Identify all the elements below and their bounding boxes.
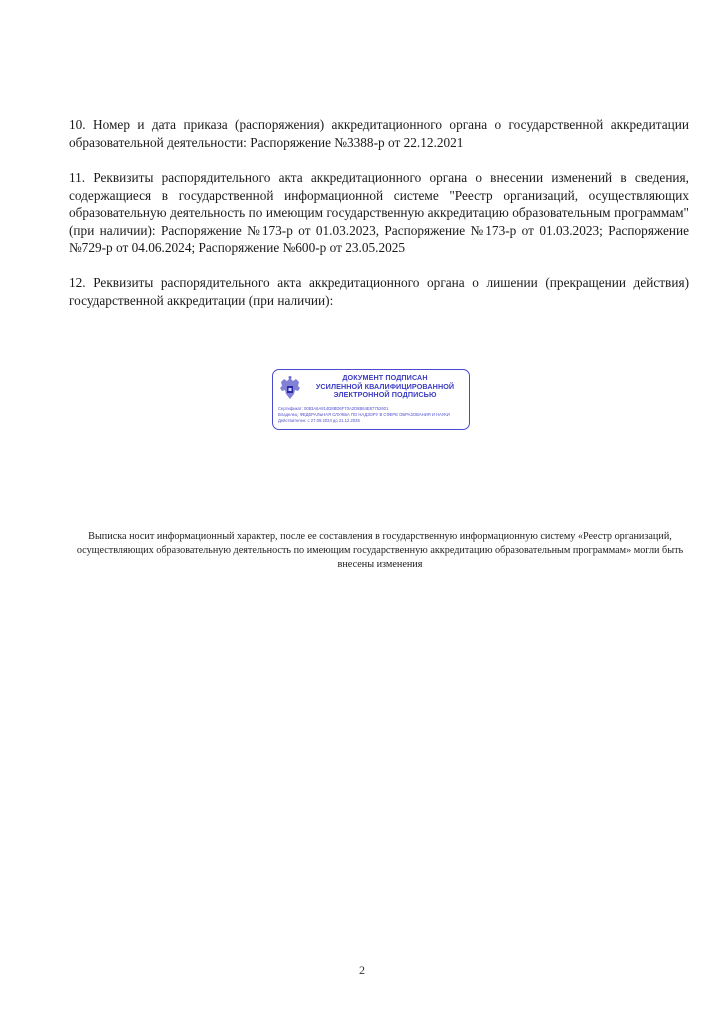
electronic-signature-stamp: ДОКУМЕНТ ПОДПИСАН УСИЛЕННОЙ КВАЛИФИЦИРОВ… <box>272 369 470 430</box>
informational-notice: Выписка носит информационный характер, п… <box>76 530 684 572</box>
page-number: 2 <box>0 963 724 978</box>
stamp-details: Сертификат: 0083A6A814D8BD6F70A2D8B64E87… <box>278 406 466 425</box>
section-11-amendment-acts: 11. Реквизиты распорядительного акта акк… <box>69 169 689 257</box>
stamp-title-line-3: ЭЛЕКТРОННОЙ ПОДПИСЬЮ <box>303 391 467 400</box>
stamp-validity: Действителен: с 27.09.2024 до 21.12.2025 <box>278 418 466 424</box>
section-10-order-details: 10. Номер и дата приказа (распоряжения) … <box>69 116 689 151</box>
coat-of-arms-icon <box>278 375 302 403</box>
section-12-revocation-acts: 12. Реквизиты распорядительного акта акк… <box>69 274 689 309</box>
stamp-title: ДОКУМЕНТ ПОДПИСАН УСИЛЕННОЙ КВАЛИФИЦИРОВ… <box>303 374 467 400</box>
